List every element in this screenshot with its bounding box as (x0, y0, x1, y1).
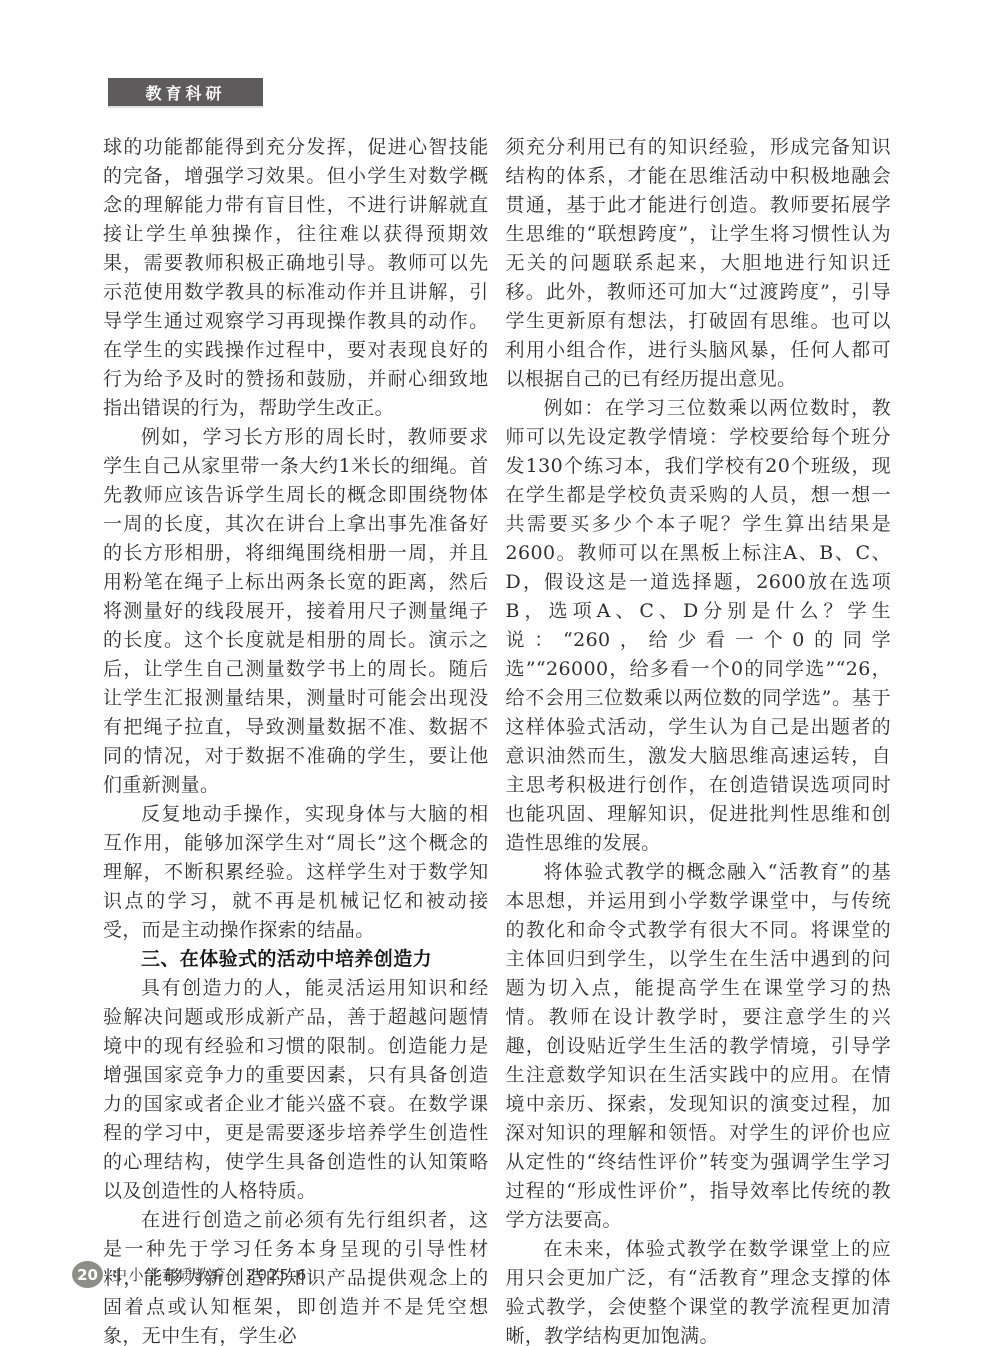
paragraph: 将体验式教学的概念融入“活教育”的基本思想，并运用到小学数学课堂中，与传统的教化… (506, 858, 892, 1235)
paragraph: 具有创造力的人，能灵活运用知识和经验解决问题或形成新产品，善于超越问题情境中的现… (103, 974, 489, 1206)
paragraph: 例如：在学习三位数乘以两位数时，教师可以先设定教学情境：学校要给每个班分发130… (506, 394, 892, 858)
left-column: 球的功能都能得到充分发挥，促进心智技能的完备，增强学习效果。但小学生对数学概念的… (103, 133, 489, 1346)
paragraph: 须充分利用已有的知识经验，形成完备知识结构的体系，才能在思维活动中积极地融会贯通… (506, 133, 892, 394)
right-column: 须充分利用已有的知识经验，形成完备知识结构的体系，才能在思维活动中积极地融会贯通… (506, 133, 892, 1346)
section-heading: 三、在体验式的活动中培养创造力 (103, 945, 489, 974)
journal-title: 中小学素质教育 · 2025.6 (112, 1264, 308, 1285)
page-number-badge: 20 (72, 1261, 103, 1288)
page-footer: 20 中小学素质教育 · 2025.6 (72, 1261, 308, 1288)
paragraph: 反复地动手操作，实现身体与大脑的相互作用，能够加深学生对“周长”这个概念的理解，… (103, 800, 489, 945)
paragraph: 球的功能都能得到充分发挥，促进心智技能的完备，增强学习效果。但小学生对数学概念的… (103, 133, 489, 423)
section-badge: 教育科研 (108, 78, 263, 106)
paragraph: 在未来，体验式教学在数学课堂上的应用只会更加广泛，有“活教育”理念支撑的体验式教… (506, 1235, 892, 1346)
journal-page: 教育科研 球的功能都能得到充分发挥，促进心智技能的完备，增强学习效果。但小学生对… (0, 0, 992, 1346)
paragraph: 例如，学习长方形的周长时，教师要求学生自己从家里带一条大约1米长的细绳。首先教师… (103, 423, 489, 800)
article-body: 球的功能都能得到充分发挥，促进心智技能的完备，增强学习效果。但小学生对数学概念的… (103, 133, 891, 1346)
